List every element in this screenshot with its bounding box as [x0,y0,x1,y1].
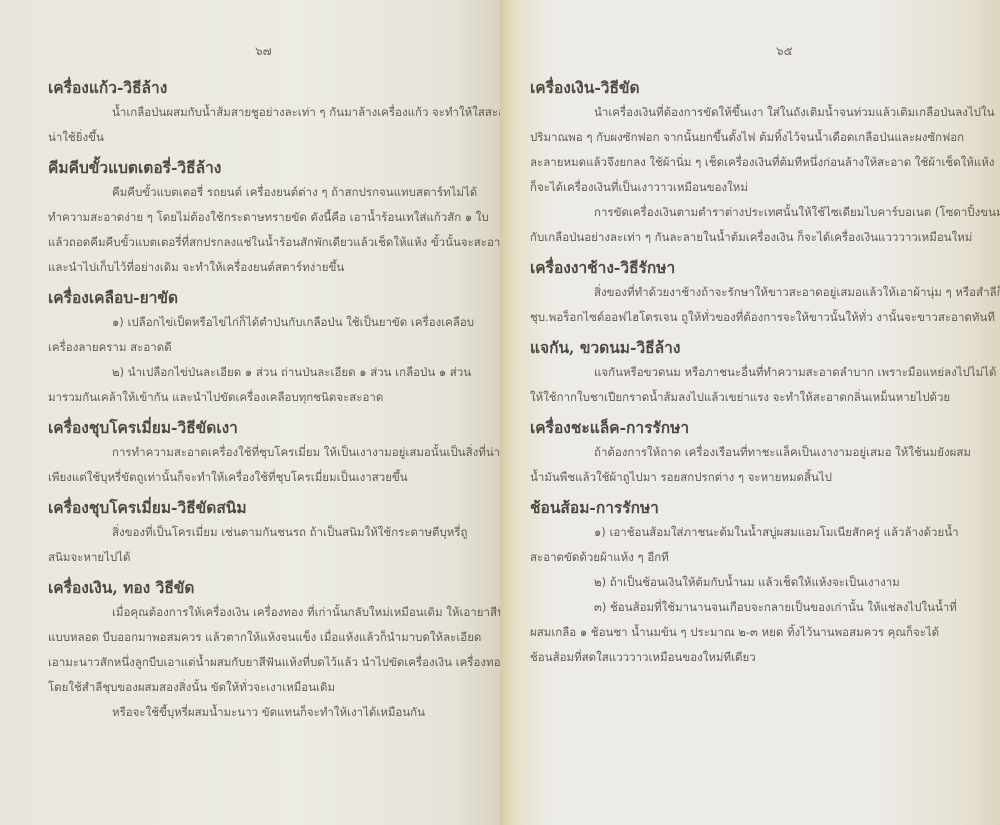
text-line: การขัดเครื่องเงินตามตำราต่างประเทศนั้นให… [530,200,1000,225]
text-line: ละลายหมดแล้วจึงยกลง ใช้ผ้านิ่ม ๆ เช็ดเคร… [530,150,1000,175]
section-heading: เครื่องงาช้าง-วิธีรักษา [530,256,1000,280]
text-line: แจกันหรือขวดนม หรือภาชนะอื่นที่ทำความสะอ… [530,360,1000,385]
book-spread: ๖๗ เครื่องแก้ว-วิธีล้างน้ำเกลือป่นผสมกับ… [0,0,1000,825]
section: ช้อนส้อม-การรักษา๑) เอาช้อนส้อมใส่ภาชนะต… [530,496,1000,676]
text-line: มารวมกันเคล้าให้เข้ากัน และนำไปขัดเครื่อ… [48,385,500,410]
text-line: ก็จะได้เครื่องเงินที่เป็นเงาวาวเหมือนของ… [530,175,1000,200]
section-heading: เครื่องเงิน-วิธีขัด [530,76,1000,100]
text-line: ทำความสะอาดง่าย ๆ โดยไม่ต้องใช้กระดาษทรา… [48,205,500,230]
text-line: ผสมเกลือ ๑ ช้อนชา น้ำนมข้น ๆ ประมาณ ๒-๓ … [530,620,1000,645]
text-line: ๓) ช้อนส้อมที่ใช้มานานจนเกือบจะกลายเป็นข… [530,595,1000,620]
page-content: เครื่องแก้ว-วิธีล้างน้ำเกลือป่นผสมกับน้ำ… [48,76,500,731]
text-line: น้ำมันพืชแล้วใช้ผ้าถูไปมา รอยสกปรกต่าง ๆ… [530,465,1000,490]
section-heading: แจกัน, ขวดนม-วิธีล้าง [530,336,1000,360]
left-page: ๖๗ เครื่องแก้ว-วิธีล้างน้ำเกลือป่นผสมกับ… [0,0,500,825]
text-line: เพียงแต่ใช้บุหรี่ขัดถูเท่านั้นก็จะทำให้เ… [48,465,500,490]
section: เครื่องงาช้าง-วิธีรักษาสิ่งของที่ทำด้วยง… [530,256,1000,336]
text-line: ช้อนส้อมที่สดใสแวววาวเหมือนของใหม่ทีเดีย… [530,645,1000,670]
section: เครื่องเงิน, ทอง วิธีขัดเมื่อคุณต้องการใ… [48,576,500,731]
text-line: และนำไปเก็บไว้ที่อย่างเดิม จะทำให้เครื่อ… [48,255,500,280]
text-line: ๒) นำเปลือกไข่ป่นละเอียด ๑ ส่วน ถ่านป่นล… [48,360,500,385]
section-heading: เครื่องเคลือบ-ยาขัด [48,286,500,310]
section-heading: เครื่องชะแล็ค-การรักษา [530,416,1000,440]
section: เครื่องชะแล็ค-การรักษาถ้าต้องการให้ถาด เ… [530,416,1000,496]
right-page: ๖๕ เครื่องเงิน-วิธีขัดนำเครื่องเงินที่ต้… [500,0,1000,825]
section: เครื่องเงิน-วิธีขัดนำเครื่องเงินที่ต้องก… [530,76,1000,256]
section: เครื่องเคลือบ-ยาขัด๑) เปลือกไข่เป็ดหรือไ… [48,286,500,416]
section: แจกัน, ขวดนม-วิธีล้างแจกันหรือขวดนม หรือ… [530,336,1000,416]
text-line: ๑) เปลือกไข่เป็ดหรือไข่ไก่ก็ได้ตำป่นกับเ… [48,310,500,335]
section-heading: เครื่องชุบโครเมี่ยม-วิธีขัดสนิม [48,496,500,520]
text-line: น้ำเกลือป่นผสมกับน้ำส้มสายชูอย่างละเท่า … [48,100,500,125]
section-heading: คีมคีบขั้วแบตเตอรี่-วิธีล้าง [48,156,500,180]
page-number: ๖๗ [255,42,272,61]
section-heading: ช้อนส้อม-การรักษา [530,496,1000,520]
section: เครื่องแก้ว-วิธีล้างน้ำเกลือป่นผสมกับน้ำ… [48,76,500,156]
section: เครื่องชุบโครเมี่ยม-วิธีขัดเงาการทำความส… [48,416,500,496]
text-line: ๒) ถ้าเป็นช้อนเงินให้ต้มกับน้ำนม แล้วเช็… [530,570,1000,595]
text-line: นำเครื่องเงินที่ต้องการขัดให้ขึ้นเงา ใส่… [530,100,1000,125]
text-line: ปริมาณพอ ๆ กับผงซักฟอก จากนั้นยกขึ้นตั้ง… [530,125,1000,150]
text-line: น่าใช้ยิ่งขึ้น [48,125,500,150]
section-heading: เครื่องเงิน, ทอง วิธีขัด [48,576,500,600]
text-line: สะอาดขัดด้วยผ้าแห้ง ๆ อีกที [530,545,1000,570]
text-line: สิ่งของที่ทำด้วยงาช้างถ้าจะรักษาให้ขาวสะ… [530,280,1000,305]
text-line: กับเกลือป่นอย่างละเท่า ๆ กันละลายในน้ำต้… [530,225,1000,250]
page-number: ๖๕ [776,42,793,61]
text-line: คีมคีบขั้วแบตเตอรี่ รถยนต์ เครื่องยนต์ต่… [48,180,500,205]
text-line: ชุบ.พอร็อกไซด์ออฟไฮโดรเจน ถูให้ทั่วของที… [530,305,1000,330]
text-line: แล้วถอดคีมคีบขั้วแบตเตอรี่ที่สกปรกลงแช่ใ… [48,230,500,255]
text-line: สิ่งของที่เป็นโครเมี่ยม เช่นตามกันชนรถ ถ… [48,520,500,545]
text-line: เครื่องลายคราม สะอาดดี [48,335,500,360]
text-line: เอามะนาวสักหนึ่งลูกบีบเอาแต่น้ำผสมกับยาส… [48,650,500,675]
section: เครื่องชุบโครเมี่ยม-วิธีขัดสนิมสิ่งของที… [48,496,500,576]
text-line: ๑) เอาช้อนส้อมใส่ภาชนะต้มในน้ำสบู่ผสมแอม… [530,520,1000,545]
text-line: โดยใช้สำลีชุบของผสมสองสิ่งนั้น ขัดให้ทั่… [48,675,500,700]
text-line: สนิมจะหายไปได้ [48,545,500,570]
text-line: การทำความสะอาดเครื่องใช้ที่ชุบโครเมี่ยม … [48,440,500,465]
section-heading: เครื่องแก้ว-วิธีล้าง [48,76,500,100]
text-line: หรือจะใช้ขี้บุหรี่ผสมน้ำมะนาว ขัดแทนก็จะ… [48,700,500,725]
text-line: ให้ใช้กากใบชาเปียกราดน้ำส้มลงไปแล้วเขย่า… [530,385,1000,410]
text-line: ถ้าต้องการให้ถาด เครื่องเรือนที่ทาชะแล็ค… [530,440,1000,465]
section-heading: เครื่องชุบโครเมี่ยม-วิธีขัดเงา [48,416,500,440]
text-line: แบบหลอด บีบออกมาพอสมควร แล้วตากให้แห้งจน… [48,625,500,650]
text-line: เมื่อคุณต้องการให้เครื่องเงิน เครื่องทอง… [48,600,500,625]
page-content: เครื่องเงิน-วิธีขัดนำเครื่องเงินที่ต้องก… [530,76,1000,676]
section: คีมคีบขั้วแบตเตอรี่-วิธีล้างคีมคีบขั้วแบ… [48,156,500,286]
